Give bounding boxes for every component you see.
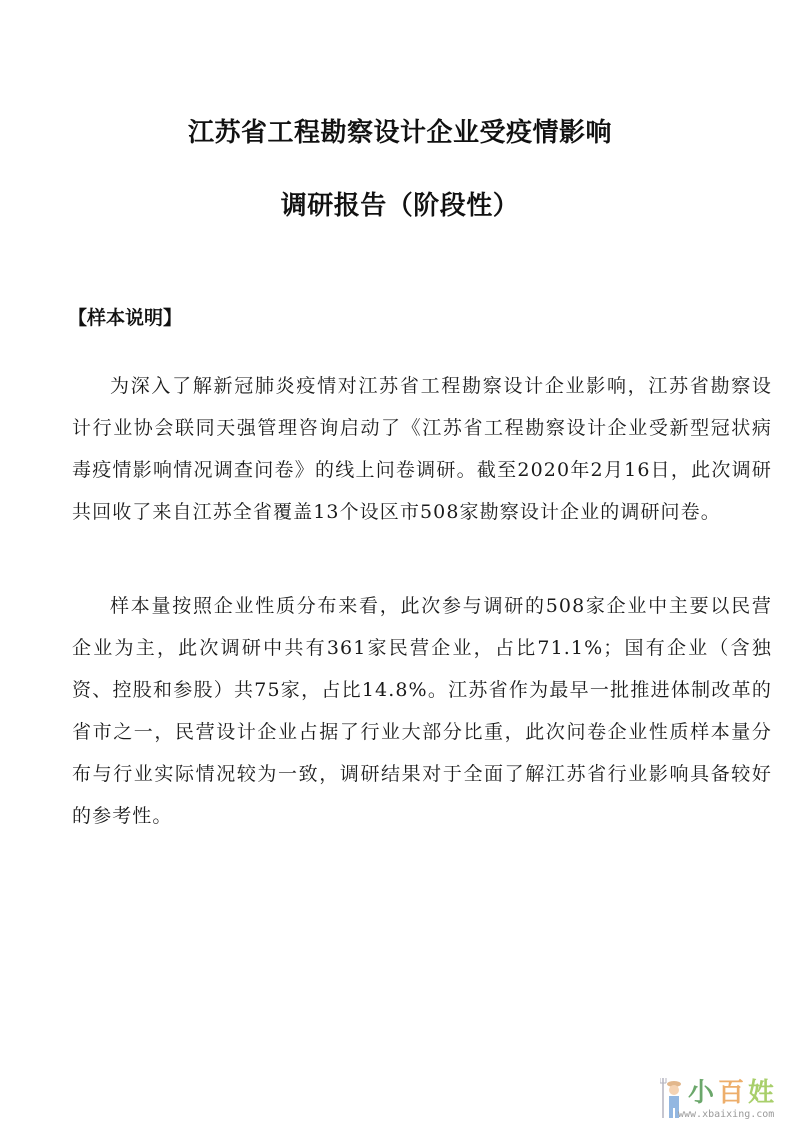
document-title-line1: 江苏省工程勘察设计企业受疫情影响 — [0, 112, 800, 149]
section-heading: 【样本说明】 — [68, 303, 182, 330]
watermark: 小百姓 www.xbaixing.com — [660, 1072, 795, 1128]
paragraph-1: 为深入了解新冠肺炎疫情对江苏省工程勘察设计企业影响，江苏省勘察设计行业协会联同天… — [72, 365, 772, 533]
watermark-url: www.xbaixing.com — [678, 1109, 774, 1120]
paragraph-2: 样本量按照企业性质分布来看，此次参与调研的508家企业中主要以民营企业为主，此次… — [72, 585, 772, 837]
document-title-line2: 调研报告（阶段性） — [0, 185, 800, 222]
watermark-logo-text: 小百姓 — [688, 1072, 778, 1109]
